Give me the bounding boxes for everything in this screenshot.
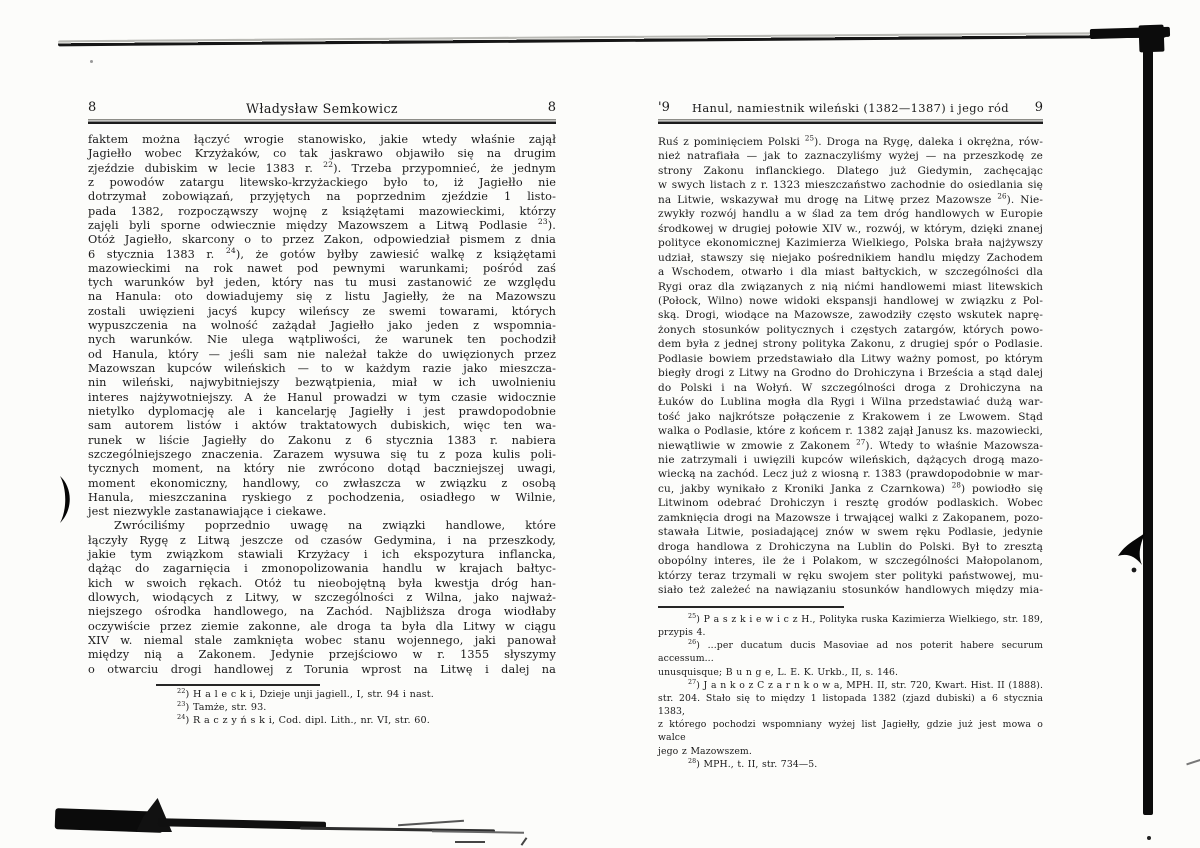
text-line: 22) H a l e c k i, Dzieje unji jagiell.,…	[88, 688, 556, 701]
text-line: przypis 4.	[658, 626, 1043, 639]
left-page-body: faktem można łączyć wrogie stanowisko, j…	[88, 133, 556, 677]
text-line: sam autorem listów i aktów traktatowych …	[88, 419, 556, 433]
text-line: oczywiście przez ziemie zakonne, ale dro…	[88, 620, 556, 634]
footnote-separator-rule	[658, 606, 844, 608]
text-line: z powodów zatargu litewsko-krzyżackiego …	[88, 176, 556, 190]
text-line: Jagiełło wobec Krzyżaków, co tak jaskraw…	[88, 147, 556, 161]
text-line: obopólny interes, ile że i Polakom, w sz…	[658, 554, 1043, 568]
text-line: Łuków do Lublina mogła dla Rygi i Wilna …	[658, 395, 1043, 409]
right-page-header: '9 Hanul, namiestnik wileński (1382—1387…	[658, 100, 1043, 116]
text-line: tość jako najkrótsze połączenie z Krakow…	[658, 410, 1043, 424]
left-page: 8 Władysław Semkowicz 8 faktem można łąc…	[88, 100, 556, 677]
text-line: o otwarciu drogi handlowej z Torunia wpr…	[88, 663, 556, 677]
text-line: dążąc do zagarnięcia i zmonopolizowania …	[88, 562, 556, 576]
scan-speck2	[1186, 757, 1200, 766]
text-line: nie zatrzymali i uwięzili kupców wileńsk…	[658, 453, 1043, 467]
text-line: Rygi oraz dla związanych z nią nićmi han…	[658, 280, 1043, 294]
text-line: w swych listach z r. 1323 mieszczaństwo …	[658, 178, 1043, 192]
text-line: zostali uwięzieni jacyś kupcy wileńscy z…	[88, 305, 556, 319]
text-line: niejszego ośrodka handlowego, na Zachód.…	[88, 605, 556, 619]
text-line: moment ekonomiczny, handlowy, co zwłaszc…	[88, 477, 556, 491]
text-line: 25) P a s z k i e w i c z H., Polityka r…	[658, 613, 1043, 626]
text-line: na Hanula: oto dowiadujemy się z listu J…	[88, 290, 556, 304]
scan-bottom-center-tick	[521, 837, 528, 846]
running-title: Władysław Semkowicz	[88, 101, 556, 116]
text-line: mazowieckimi na rok nawet pod pewnymi wa…	[88, 262, 556, 276]
text-line: zamknięcia drogi na Mazowsze i trwającej…	[658, 511, 1043, 525]
text-line: między nią a Zakonem. Jedynie przejściow…	[88, 648, 556, 662]
text-line: walka o Podlasie, które z końcem r. 1382…	[658, 424, 1043, 438]
text-line: którzy teraz trzymali w ręku swojem ster…	[658, 569, 1043, 583]
text-line: tycznych moment, na który nie zwrócono d…	[88, 462, 556, 476]
text-line: interes najżywotniejszy. A że Hanul prow…	[88, 391, 556, 405]
right-page: '9 Hanul, namiestnik wileński (1382—1387…	[658, 100, 1043, 598]
text-line: Ruś z pominięciem Polski 25). Droga na R…	[658, 135, 1043, 149]
text-line: droga handlowa z Drohiczyna na Lublin do…	[658, 540, 1043, 554]
text-line: 26) ...per ducatum ducis Masoviae ad nos…	[658, 639, 1043, 665]
text-line: jest niezwykle zastanawiające i ciekawe.	[88, 505, 556, 519]
text-line: polityce ekonomicznej Kazimierza Wielkie…	[658, 236, 1043, 250]
left-page-header: 8 Władysław Semkowicz 8	[88, 100, 556, 116]
scan-top-edge-line	[58, 32, 1166, 47]
text-line: tych warunków był jeden, który nas tu mu…	[88, 276, 556, 290]
text-line: strony Zakonu inflanckiego. Dlatego już …	[658, 164, 1043, 178]
text-line: XIV w. niemal stale zamknięta wobec stan…	[88, 634, 556, 648]
text-line: środkowej w drugiej połowie XIV w., rozw…	[658, 222, 1043, 236]
text-line: łączyły Rygę z Litwą jeszcze od czasów G…	[88, 534, 556, 548]
text-line: biegły drogi z Litwy na Grodno do Drohic…	[658, 366, 1043, 380]
text-line: stawała Litwie, posiadającej znów w swem…	[658, 525, 1043, 539]
text-line: wiecką na zachód. Lecz już z wiosną r. 1…	[658, 467, 1043, 481]
text-line: nież natrafiała — jak to zaznaczyliśmy w…	[658, 149, 1043, 163]
text-line: Hanula, mieszczanina ryskiego z pochodze…	[88, 491, 556, 505]
running-title: Hanul, namiestnik wileński (1382—1387) i…	[658, 101, 1043, 115]
text-line: a Wschodem, otwarło i dla miast bałtycki…	[658, 265, 1043, 279]
text-line: 28) MPH., t. II, str. 734—5.	[658, 758, 1043, 771]
text-line: jego z Mazowszem.	[658, 745, 1043, 758]
text-line: udział, stawszy się niejako pośrednikiem…	[658, 251, 1043, 265]
text-line: nietylko dyplomację ale i kancelarję Jag…	[88, 405, 556, 419]
text-line: kich w swoich rękach. Otóż tu nieobojętn…	[88, 577, 556, 591]
text-line: faktem można łączyć wrogie stanowisko, j…	[88, 133, 556, 147]
scan-speck	[90, 60, 93, 63]
text-line: od Hanula, który — jeśli sam nie należał…	[88, 348, 556, 362]
text-line: z którego pochodzi wspomniany wyżej list…	[658, 718, 1043, 744]
text-line: runek w liście Jagiełły do Zakonu z 6 st…	[88, 434, 556, 448]
text-line: 27) J a n k o z C z a r n k o w a, MPH. …	[658, 679, 1043, 692]
text-line: zjeździe dubiskim w lecie 1383 r. 22). T…	[88, 162, 556, 176]
text-line: nych warunków. Nie ulega wątpliwości, że…	[88, 333, 556, 347]
scan-bottom-center-dash	[455, 841, 485, 843]
text-line: Otóż Jagiełło, skarcony o to przez Zakon…	[88, 233, 556, 247]
text-line: zwykły rozwój handlu a w ślad za tem dró…	[658, 207, 1043, 221]
text-line: niewątliwie w zmowie z Zakonem 27). Wted…	[658, 439, 1043, 453]
footnote-separator-rule	[156, 684, 320, 686]
text-line: żonych stosunków politycznych i częstych…	[658, 323, 1043, 337]
text-line: nin wileński, najwybitniejszy bezwątpien…	[88, 376, 556, 390]
scan-right-edge-bar	[1143, 26, 1153, 815]
page-number-right: 9	[1035, 100, 1043, 115]
text-line: do Polski i na Wołyń. W szczególności dr…	[658, 381, 1043, 395]
scan-bottom-faint-mark2	[432, 830, 524, 834]
text-line: dlowych, wiodących z Litwy, w szczególno…	[88, 591, 556, 605]
text-line: jakie tym związkom stawiali Krzyżacy i i…	[88, 548, 556, 562]
text-line: 6 stycznia 1383 r. 24), że gotów byłby z…	[88, 248, 556, 262]
scanned-book-spread: 8 Władysław Semkowicz 8 faktem można łąc…	[0, 0, 1200, 848]
scan-bottom-faint-mark	[398, 820, 464, 827]
text-line: szczególniejszego znaczenia. Zarazem wys…	[88, 448, 556, 462]
text-line: ską. Drogi, wiodące na Mazowsze, zawodzi…	[658, 308, 1043, 322]
text-line: zajęli byli sporne odwiecznie między Maz…	[88, 219, 556, 233]
text-line: pada 1382, rozpocząwszy wojnę z książęta…	[88, 205, 556, 219]
text-line: Litwinom odebrać Drohiczyn i resztę grod…	[658, 496, 1043, 510]
text-line: cu, jakby wynikało z Kroniki Janka z Cza…	[658, 482, 1043, 496]
right-page-footnotes: 25) P a s z k i e w i c z H., Polityka r…	[658, 613, 1043, 771]
text-line: unusquisque; B u n g e, L. E. K. Urkb., …	[658, 666, 1043, 679]
header-double-rule	[658, 119, 1043, 124]
text-line: 23) Tamże, str. 93.	[88, 701, 556, 714]
scan-right-speck	[1147, 836, 1151, 840]
text-line: Mazowszan kupców wileńskich — to w każdy…	[88, 362, 556, 376]
text-line: Podlasie bowiem przedstawiało dla Litwy …	[658, 352, 1043, 366]
page-number-right: 8	[548, 100, 556, 115]
text-line: str. 204. Stało się to między 1 listopad…	[658, 692, 1043, 718]
text-line: wypuszczenia na wolność zażądał Jagiełło…	[88, 319, 556, 333]
text-line: siało też zależeć na nawiązaniu stosunkó…	[658, 583, 1043, 597]
text-line: 24) R a c z y ń s k i, Cod. dipl. Lith.,…	[88, 714, 556, 727]
text-line: Zwróciliśmy poprzednio uwagę na związki …	[88, 519, 556, 533]
scan-left-blot	[58, 476, 75, 527]
left-page-footnotes: 22) H a l e c k i, Dzieje unji jagiell.,…	[88, 688, 556, 727]
text-line: (Połock, Wilno) nowe widoki ekspansji ha…	[658, 294, 1043, 308]
right-page-body: Ruś z pominięciem Polski 25). Droga na R…	[658, 135, 1043, 598]
scan-hook-mark	[1116, 532, 1148, 580]
text-line: dem była z jednej strony polityka Zakonu…	[658, 337, 1043, 351]
text-line: dotrzymał zobowiązań, przyjętych na popr…	[88, 190, 556, 204]
scan-right-corner-mark	[1139, 25, 1165, 53]
text-line: na Litwie, wskazywał mu drogę na Litwę p…	[658, 193, 1043, 207]
header-double-rule	[88, 119, 556, 124]
